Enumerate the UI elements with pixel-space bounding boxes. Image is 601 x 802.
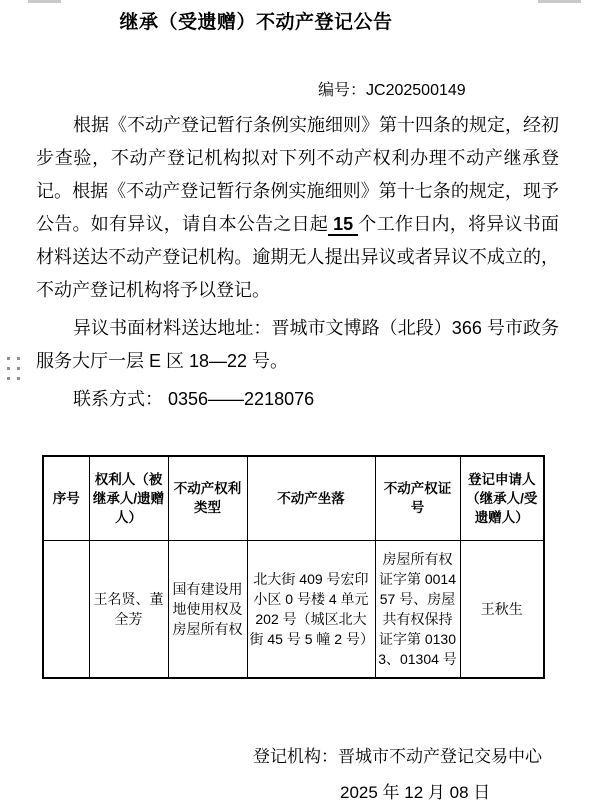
publish-date: 2025 年 12 月 08 日 xyxy=(340,778,490,802)
header-property-location: 不动产坐落 xyxy=(247,456,375,540)
registration-org: 登记机构：晋城市不动产登记交易中心 xyxy=(253,742,542,767)
registration-table: 序号 权利人（被继承人/遗赠人） 不动产权利类型 不动产坐落 不动产权证号 登记… xyxy=(42,455,545,679)
handle-dot xyxy=(17,367,20,370)
header-rights-holder: 权利人（被继承人/遗赠人） xyxy=(89,456,168,540)
top-edge-artifact-right xyxy=(538,0,581,3)
header-right-type: 不动产权利类型 xyxy=(168,456,247,540)
table-row: 王名贤、董全芳 国有建设用地使用权及房屋所有权 北大街 409 号宏印小区 0 … xyxy=(43,540,544,678)
objection-days-value: 15 xyxy=(328,214,358,236)
handle-dot xyxy=(7,377,10,380)
paragraph-drag-handle-icon[interactable] xyxy=(7,357,20,380)
header-seq: 序号 xyxy=(43,456,89,540)
header-cert-number: 不动产权证号 xyxy=(375,456,460,540)
cell-applicant: 王秋生 xyxy=(460,540,544,678)
header-applicant: 登记申请人（继承人/受遗赠人） xyxy=(460,456,544,540)
cell-property-location: 北大街 409 号宏印小区 0 号楼 4 单元 202 号（城区北大街 45 号… xyxy=(247,540,375,678)
handle-dot xyxy=(17,357,20,360)
notice-body: 根据《不动产登记暂行条例实施细则》第十四条的规定，经初步查验，不动产登记机构拟对… xyxy=(36,109,559,421)
cell-right-type: 国有建设用地使用权及房屋所有权 xyxy=(168,540,247,678)
cell-seq xyxy=(43,540,89,678)
notice-document-page: 继承（受遗赠）不动产登记公告 编号：JC202500149 根据《不动产登记暂行… xyxy=(0,0,601,802)
doc-number-value: JC202500149 xyxy=(366,82,466,99)
paragraph-contact: 联系方式： 0356——2218076 xyxy=(36,383,559,416)
top-edge-artifact-left xyxy=(28,0,61,3)
doc-number-line: 编号：JC202500149 xyxy=(318,77,466,100)
cell-cert-number: 房屋所有权证字第 001457 号、房屋共有权保持证字第 01303、01304… xyxy=(375,540,460,678)
cell-rights-holder: 王名贤、董全芳 xyxy=(89,540,168,678)
page-title: 继承（受遗赠）不动产登记公告 xyxy=(0,7,512,34)
paragraph-legal-basis: 根据《不动产登记暂行条例实施细则》第十四条的规定，经初步查验，不动产登记机构拟对… xyxy=(36,109,559,307)
table-header-row: 序号 权利人（被继承人/遗赠人） 不动产权利类型 不动产坐落 不动产权证号 登记… xyxy=(43,456,544,540)
handle-dot xyxy=(17,377,20,380)
handle-dot xyxy=(7,357,10,360)
handle-dot xyxy=(7,367,10,370)
paragraph-objection-address: 异议书面材料送达地址：晋城市文博路（北段）366 号市政务服务大厅一层 E 区 … xyxy=(36,312,559,378)
doc-number-label: 编号： xyxy=(318,82,366,99)
